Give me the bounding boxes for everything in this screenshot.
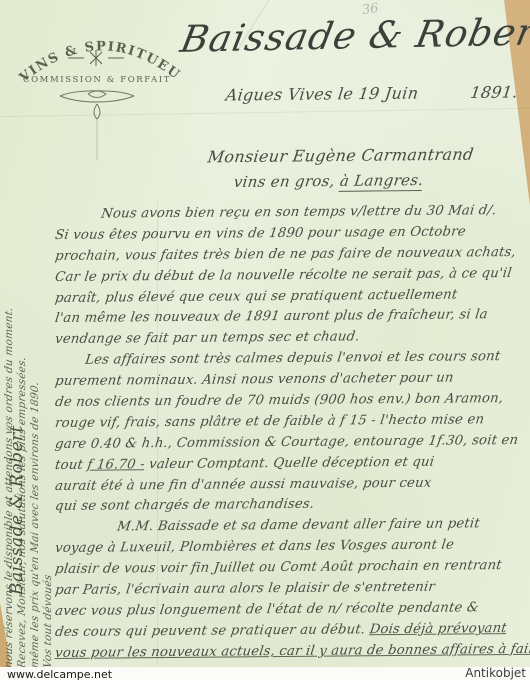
dateline: Aigues Vives le 19 Juin1891. (225, 82, 520, 104)
margin-signature: Baissade & Robert (7, 405, 27, 595)
pencil-note: 36 (361, 1, 379, 18)
recipient-trade: vins en gros, (233, 172, 341, 191)
dateline-place: Aigues Vives le 19 Juin (225, 84, 420, 105)
letterhead-ornament: VINS & SPIRITUEUX COMMISSION & FORFAIT (10, 12, 185, 162)
body-line: vous pour les nouveaux actuels, car il y… (54, 640, 523, 665)
body-line-segment: valeur Comptant. Quelle déception et qui (144, 454, 435, 472)
seller-watermark: Antikobjet (465, 666, 526, 680)
scanned-letter: VINS & SPIRITUEUX COMMISSION & FORFAIT B… (0, 0, 530, 680)
body-line-segment: tout (54, 457, 88, 472)
dateline-year: 1891. (469, 82, 519, 101)
margin-note-line: même les prix qu'en Mai avec les environ… (29, 152, 42, 669)
recipient-city: à Langres. (339, 171, 425, 192)
body-line-segment: des cours qui peuvent se pratiquer au dé… (54, 622, 371, 640)
dateline-gap (418, 98, 470, 99)
underlined-closing-line: vous pour les nouveaux actuels, car il y… (54, 641, 530, 660)
recipient-address: vins en gros, à Langres. (233, 171, 425, 191)
underlined-amount: f 16.70 - (86, 457, 145, 472)
recipient-name: Monsieur Eugène Carmantrand (207, 145, 475, 167)
letter-body: Nous avons bien reçu en son temps v/lett… (55, 205, 521, 665)
margin-note-line: Vos tout dévoués (42, 152, 55, 669)
underlined-phrase: Dois déjà prévoyant (369, 621, 508, 637)
delcampe-watermark: www.delcampe.net (7, 668, 112, 680)
company-name-script: Baissade & Robert (177, 10, 530, 61)
flourish-ornament-icon (60, 91, 134, 119)
letterhead-subtitle: COMMISSION & FORFAIT (23, 75, 171, 85)
